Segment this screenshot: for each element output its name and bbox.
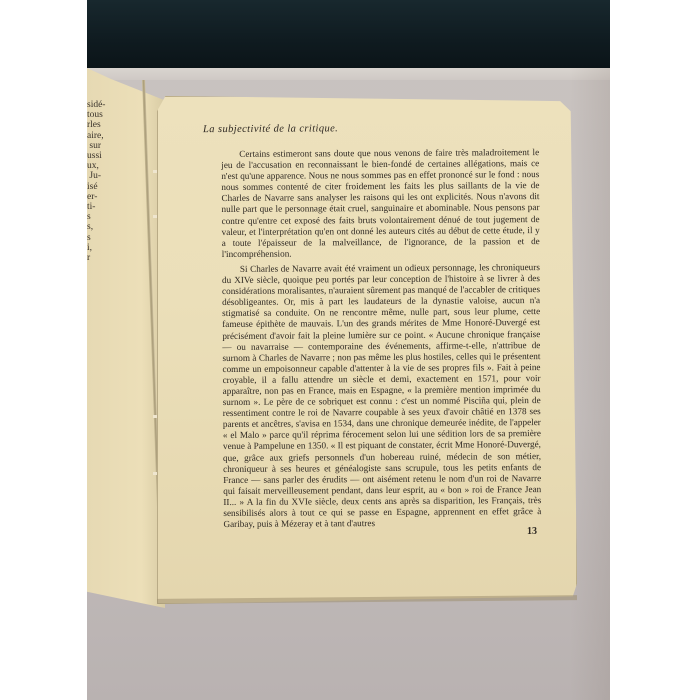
paragraph: Certains estimeront sans doute que nous … [221, 147, 540, 260]
section-title: La subjectivité de la critique. [203, 122, 539, 149]
left-page-text-fragment: sidé- tous rles aire, sur ussi ux, Ju- i… [87, 100, 115, 263]
dark-backdrop [87, 0, 610, 68]
page-number: 13 [527, 526, 537, 537]
paragraph: Si Charles de Navarre avait été vraiment… [222, 262, 542, 530]
photograph: sidé- tous rles aire, sur ussi ux, Ju- i… [87, 0, 610, 700]
surface-edge [87, 68, 610, 80]
surface-shadow [570, 68, 610, 700]
right-page: La subjectivité de la critique. Certains… [157, 96, 577, 604]
page-content: La subjectivité de la critique. Certains… [221, 122, 541, 534]
